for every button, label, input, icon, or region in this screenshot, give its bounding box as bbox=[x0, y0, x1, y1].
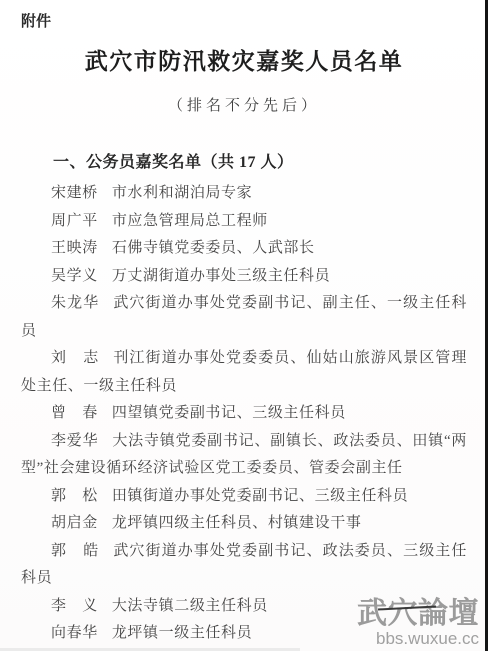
document-title: 武穴市防汛救灾嘉奖人员名单 bbox=[21, 47, 467, 77]
person-title: 龙坪镇四级主任科员、村镇建设干事 bbox=[112, 515, 362, 531]
document-page: 附件 武穴市防汛救灾嘉奖人员名单 （排名不分先后） 一、公务员嘉奖名单（共 17… bbox=[0, 0, 488, 651]
person-title: 四望镇党委副书记、三级主任科员 bbox=[112, 405, 346, 421]
roster-entry: 曾 春四望镇党委副书记、三级主任科员 bbox=[21, 400, 467, 428]
person-name: 王映涛 bbox=[51, 240, 98, 256]
section-heading-civil-servants: 一、公务员嘉奖名单（共 17 人） bbox=[21, 152, 467, 174]
attachment-label: 附件 bbox=[21, 12, 467, 31]
document-subtitle: （排名不分先后） bbox=[21, 97, 467, 115]
roster-entry: 郭 皓武穴街道办事处党委副书记、政法委员、三级主任科员 bbox=[21, 538, 467, 593]
person-name: 李爱华 bbox=[51, 433, 98, 449]
roster-entry: 吴学义万丈湖街道办事处三级主任科员 bbox=[21, 263, 467, 291]
person-title: 市水利和湖泊局专家 bbox=[112, 185, 252, 201]
person-name: 胡启金 bbox=[51, 515, 98, 531]
roster-entry: 李爱华大法寺镇党委副书记、副镇长、政法委员、田镇“两型”社会建设循环经济试验区党… bbox=[21, 428, 467, 483]
person-name: 朱龙华 bbox=[51, 295, 99, 311]
watermark-site-name: 武穴論壇 bbox=[357, 598, 479, 629]
person-title: 龙坪镇一级主任科员 bbox=[112, 625, 252, 641]
watermark-site-url: bbs.wuxue.cc bbox=[357, 629, 479, 648]
person-title: 市应急管理局总工程师 bbox=[112, 213, 268, 229]
person-name: 曾 春 bbox=[51, 405, 98, 421]
roster-entry: 郭 松田镇街道办事处党委副书记、三级主任科员 bbox=[21, 483, 467, 511]
person-title: 大法寺镇二级主任科员 bbox=[112, 598, 268, 614]
roster-list: 宋建桥市水利和湖泊局专家 周广平市应急管理局总工程师 王映涛石佛寺镇党委委员、人… bbox=[21, 180, 467, 648]
person-name: 郭 松 bbox=[51, 488, 98, 504]
roster-entry: 王映涛石佛寺镇党委委员、人武部长 bbox=[21, 235, 467, 263]
person-name: 宋建桥 bbox=[51, 185, 98, 201]
roster-entry: 胡启金龙坪镇四级主任科员、村镇建设干事 bbox=[21, 510, 467, 538]
roster-entry: 刘 志刊江街道办事处党委委员、仙姑山旅游风景区管理处主任、一级主任科员 bbox=[21, 345, 467, 400]
person-name: 郭 皓 bbox=[51, 543, 99, 559]
person-name: 吴学义 bbox=[51, 268, 98, 284]
person-title: 田镇街道办事处党委副书记、三级主任科员 bbox=[112, 488, 408, 504]
person-name: 刘 志 bbox=[51, 350, 99, 366]
roster-entry: 周广平市应急管理局总工程师 bbox=[21, 208, 467, 236]
person-title: 石佛寺镇党委委员、人武部长 bbox=[112, 240, 315, 256]
person-title: 万丈湖街道办事处三级主任科员 bbox=[112, 268, 330, 284]
roster-entry: 宋建桥市水利和湖泊局专家 bbox=[21, 180, 467, 208]
person-name: 周广平 bbox=[51, 213, 98, 229]
person-name: 李 义 bbox=[51, 598, 98, 614]
person-name: 向春华 bbox=[51, 625, 98, 641]
roster-entry: 朱龙华武穴街道办事处党委副书记、副主任、一级主任科员 bbox=[21, 290, 467, 345]
document-content: 附件 武穴市防汛救灾嘉奖人员名单 （排名不分先后） 一、公务员嘉奖名单（共 17… bbox=[0, 0, 488, 648]
